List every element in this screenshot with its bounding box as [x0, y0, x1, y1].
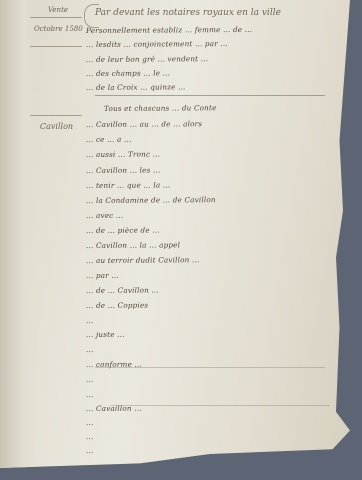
- body-line: ... aussi ... Tronc ...: [86, 149, 160, 159]
- body-line: ... Cavillon ... les ...: [86, 165, 161, 175]
- page-fold-shadow: [0, 0, 40, 468]
- margin-note-cavillon: Cavillon: [40, 122, 73, 131]
- body-line: ...: [86, 446, 94, 455]
- body-line: ... tenir ... que ... la ...: [86, 180, 170, 190]
- body-line: ... ce ... a ...: [86, 135, 132, 144]
- body-line: ...: [86, 432, 94, 441]
- body-line: ... avec ...: [86, 211, 123, 220]
- body-line: ... Cavillon ... la ... appel: [86, 240, 180, 250]
- manuscript-page: Vente Octobre 1580 Par devant les notair…: [0, 0, 350, 468]
- body-line: Tous et chascuns ... du Conte: [104, 103, 217, 113]
- intro-line: ... des champs ... le ...: [86, 68, 170, 78]
- intro-line: ... lesdits ... conjoinctement ... par .…: [86, 39, 228, 49]
- body-line: ... la Condamine de ... de Cavillon: [86, 195, 216, 205]
- body-line: ... par ...: [86, 271, 119, 280]
- body-line: ... Cavillon ... au ... de ... alors: [86, 119, 202, 129]
- body-line: ...: [86, 375, 94, 384]
- margin-rule: [30, 17, 82, 18]
- body-line: ...: [86, 418, 94, 427]
- intro-line: ... de leur bon gré ... vendent ...: [86, 54, 208, 64]
- body-line: ... au terroir dudit Cavillon ...: [86, 255, 199, 265]
- margin-rule: [30, 115, 82, 116]
- strike-rule: [95, 367, 325, 368]
- body-line: ... de ... pièce de ...: [86, 225, 160, 235]
- intro-line: Personnellement establiz ... femme ... d…: [86, 25, 252, 35]
- body-line: ... juste ...: [86, 330, 125, 339]
- body-line: ... de ... Cavillon ...: [86, 285, 159, 295]
- body-line: ...: [86, 316, 94, 325]
- body-line: ...: [86, 390, 94, 399]
- margin-rule: [30, 46, 82, 47]
- margin-label-vente: Vente: [48, 6, 68, 14]
- document-title: Par devant les notaires royaux en la vil…: [95, 8, 281, 18]
- intro-line: ... de la Croix ... quinze ...: [86, 82, 186, 92]
- margin-date: Octobre 1580: [34, 25, 83, 33]
- section-divider: [95, 95, 325, 96]
- strike-rule: [110, 405, 330, 406]
- body-line: ...: [86, 345, 94, 354]
- body-line: ... de ... Coppies: [86, 301, 148, 310]
